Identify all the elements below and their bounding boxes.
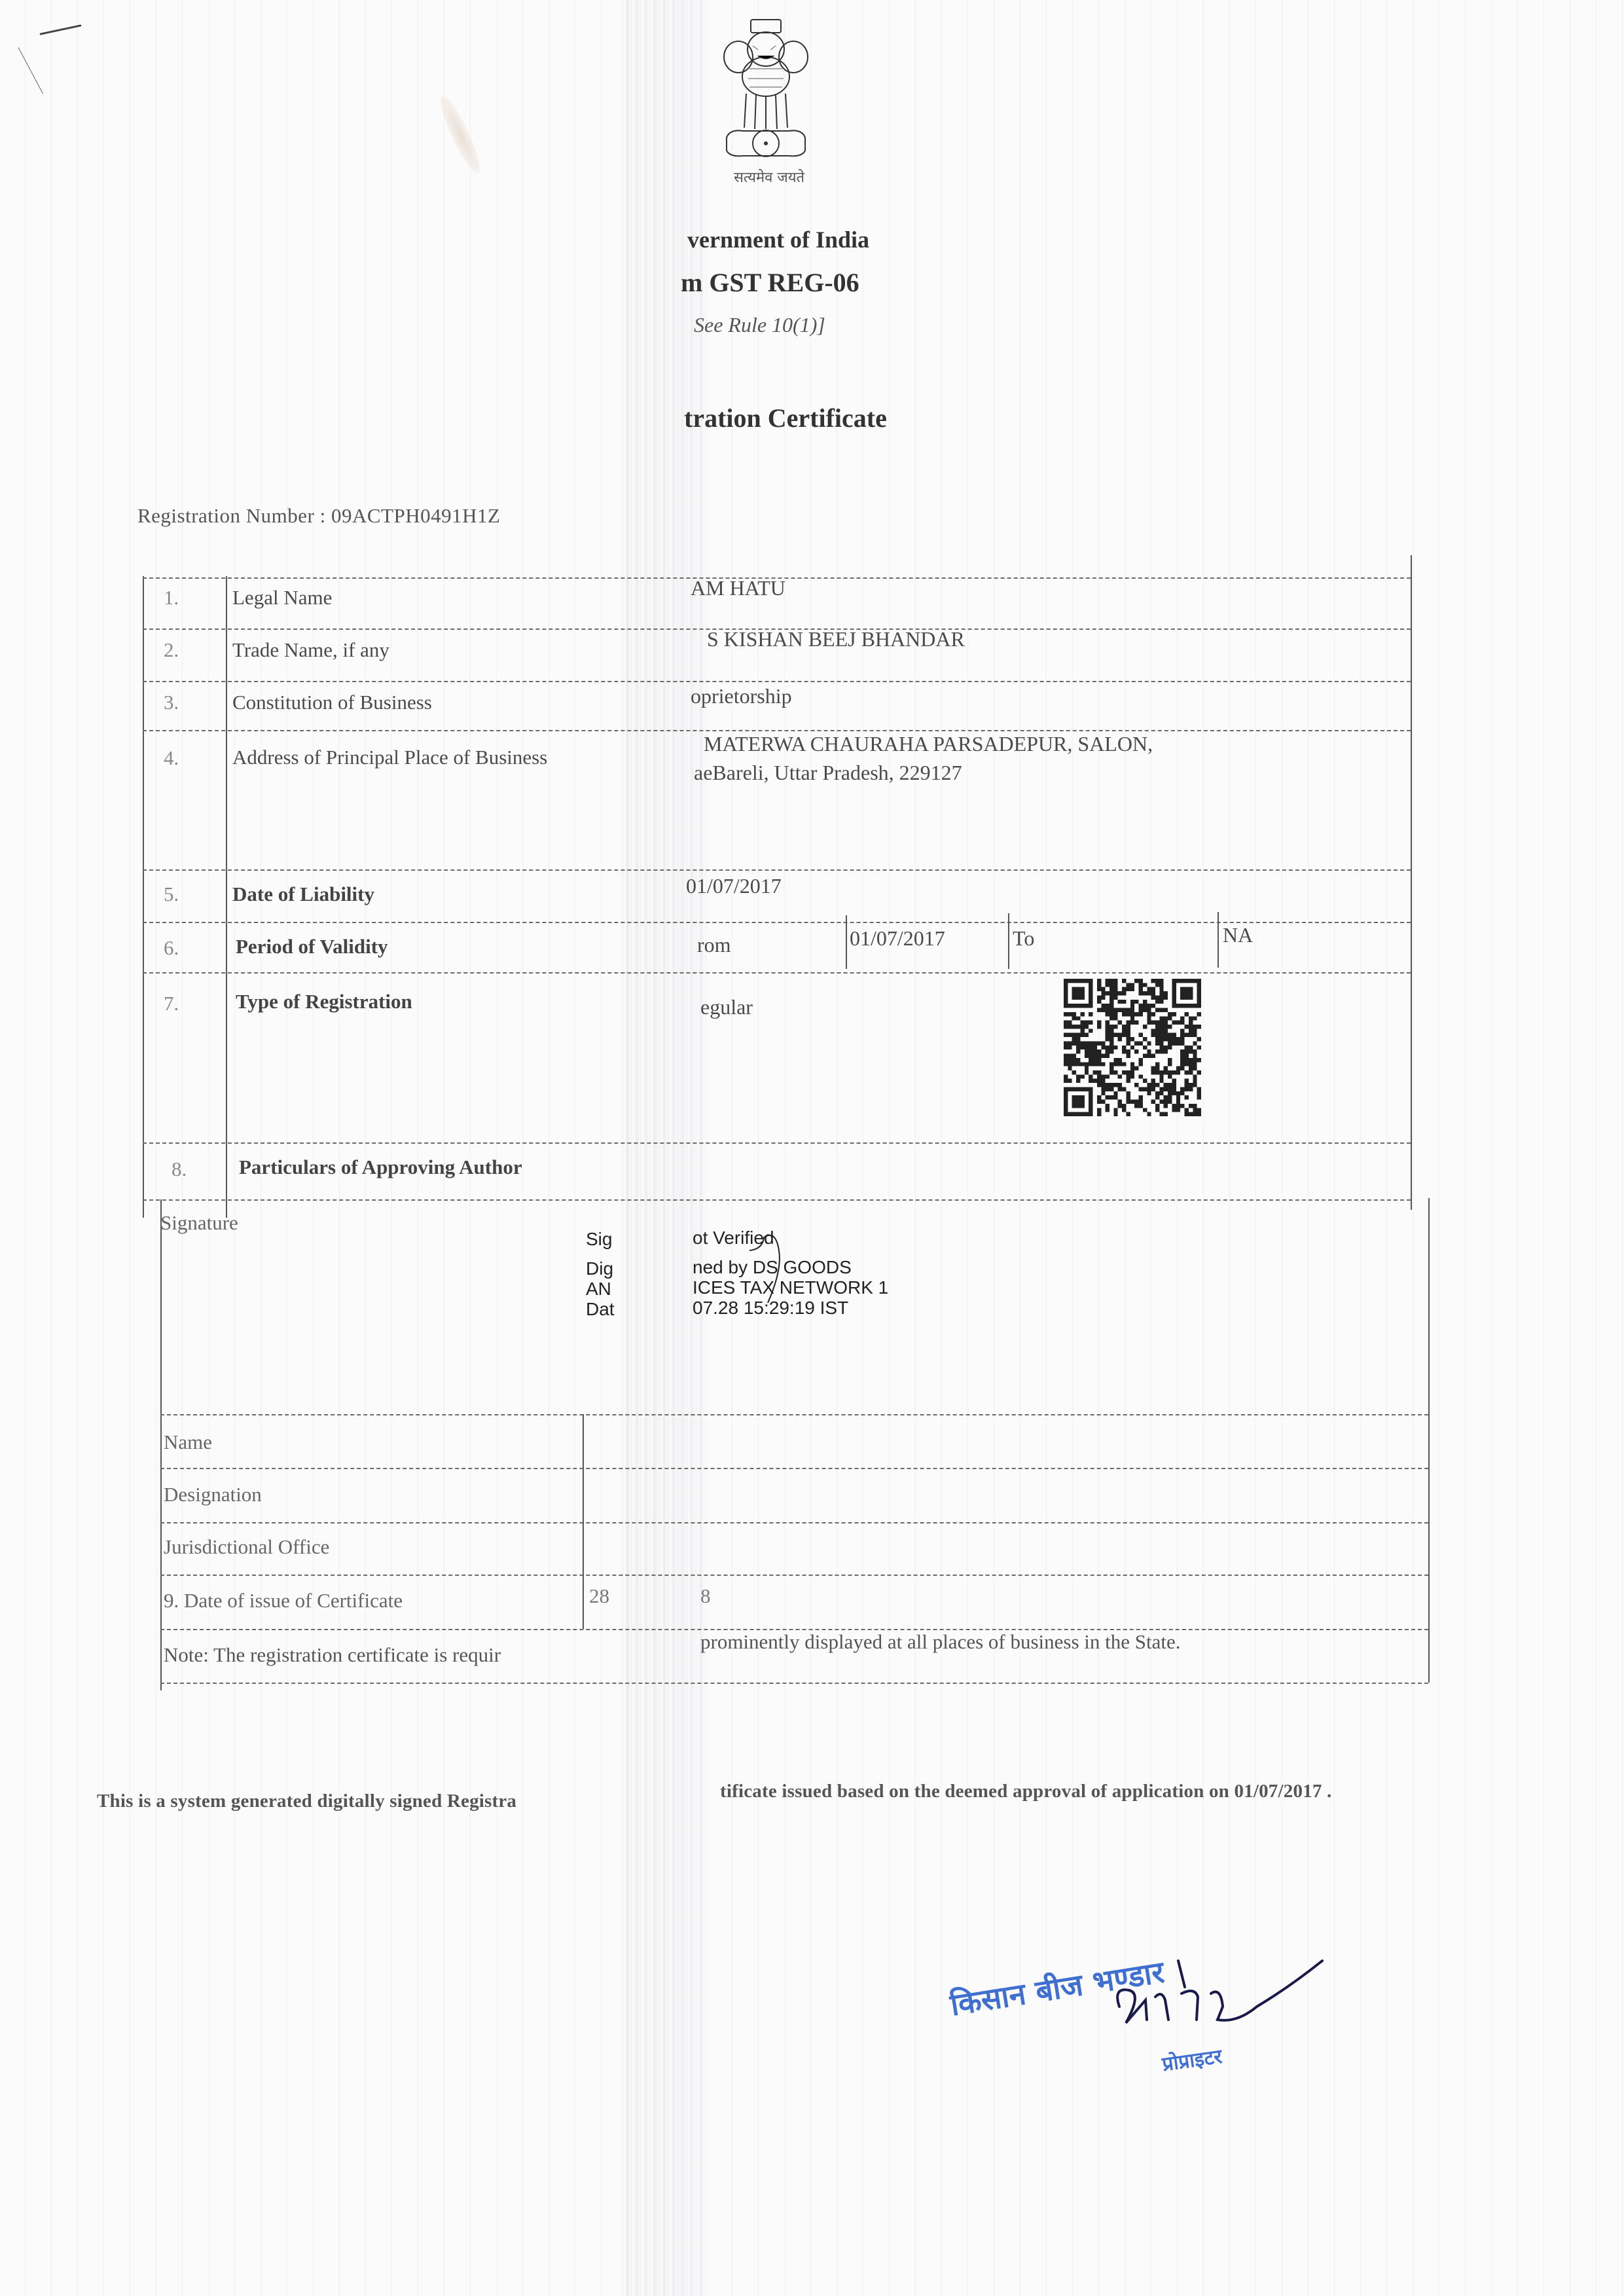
note-left: Note: The registration certificate is re… xyxy=(164,1643,501,1667)
signature-label: Signature xyxy=(160,1211,238,1235)
jurisdictional-office-label: Jurisdictional Office xyxy=(164,1535,329,1559)
row-divider xyxy=(160,1414,1428,1415)
value-divider xyxy=(583,1414,584,1629)
row-number: 1. xyxy=(164,586,179,610)
validity-divider xyxy=(846,915,847,969)
row-number: 5. xyxy=(164,883,179,906)
row-divider xyxy=(143,1199,1411,1201)
table-divider xyxy=(226,576,227,1218)
period-of-validity-label: Period of Validity xyxy=(236,935,388,958)
trade-name-value: S KISHAN BEEJ BHANDAR xyxy=(707,627,965,651)
form-heading: m GST REG-06 xyxy=(681,267,859,298)
footer-statement-right: tificate issued based on the deemed appr… xyxy=(720,1781,1331,1802)
row-divider xyxy=(143,1142,1411,1144)
designation-label: Designation xyxy=(164,1483,262,1506)
type-of-registration-value: egular xyxy=(700,995,753,1019)
address-value-line1: MATERWA CHAURAHA PARSADEPUR, SALON, xyxy=(704,732,1153,756)
approving-authority-label: Particulars of Approving Author xyxy=(239,1156,522,1179)
row-divider xyxy=(143,972,1411,974)
row-number: 2. xyxy=(164,638,179,662)
row-number: 4. xyxy=(164,746,179,770)
row-divider xyxy=(160,1683,1428,1684)
date-of-liability-label: Date of Liability xyxy=(232,883,374,906)
footer-statement-left: This is a system generated digitally sig… xyxy=(97,1791,516,1812)
issue-date-label: 9. Date of issue of Certificate xyxy=(164,1589,403,1613)
signature-tick-icon xyxy=(743,1231,795,1309)
legal-name-value: AM HATU xyxy=(691,576,785,600)
validity-divider xyxy=(1008,913,1009,969)
rule-reference: See Rule 10(1)] xyxy=(694,313,825,337)
registration-number: Registration Number : 09ACTPH0491H1Z xyxy=(137,504,500,528)
row-number: 7. xyxy=(164,992,179,1015)
certificate-title: tration Certificate xyxy=(684,403,887,433)
row-divider xyxy=(143,681,1411,682)
trade-name-label: Trade Name, if any xyxy=(232,638,389,662)
scan-fold-strip xyxy=(622,0,704,2296)
government-heading: vernment of India xyxy=(687,226,869,253)
issue-date-value-right: 8 xyxy=(700,1584,711,1608)
scan-mark xyxy=(18,47,43,94)
legal-name-label: Legal Name xyxy=(232,586,332,610)
qr-code xyxy=(1064,979,1201,1116)
table-border xyxy=(143,576,144,1218)
name-label: Name xyxy=(164,1430,212,1454)
row-divider xyxy=(143,869,1411,871)
issue-date-value-left: 28 xyxy=(589,1584,609,1608)
scan-streaks xyxy=(0,0,1624,2296)
validity-from-value: 01/07/2017 xyxy=(850,926,945,951)
row-number: 3. xyxy=(164,691,179,714)
digital-signature-left: Sig Dig AN Dat xyxy=(586,1229,615,1319)
note-right: prominently displayed at all places of b… xyxy=(700,1630,1181,1654)
handwritten-signature xyxy=(1106,1948,1342,2033)
validity-to-value: NA xyxy=(1223,923,1253,947)
date-of-liability-value: 01/07/2017 xyxy=(686,874,782,898)
row-divider xyxy=(160,1522,1428,1523)
row-number: 6. xyxy=(164,936,179,960)
table-border xyxy=(1411,555,1412,1210)
constitution-value: oprietorship xyxy=(691,684,792,708)
section-border xyxy=(1428,1198,1430,1683)
stain-mark xyxy=(435,92,486,177)
scan-mark xyxy=(39,24,81,35)
address-value-line2: aeBareli, Uttar Pradesh, 229127 xyxy=(694,761,962,785)
constitution-label: Constitution of Business xyxy=(232,691,432,714)
stamp-subtitle: प्रोप्राइटर xyxy=(1161,2042,1224,2077)
validity-from-label: rom xyxy=(697,933,731,957)
row-number: 8. xyxy=(171,1157,187,1181)
row-divider xyxy=(143,730,1411,731)
validity-to-label: To xyxy=(1013,926,1034,951)
address-label: Address of Principal Place of Business xyxy=(232,743,599,772)
section-border xyxy=(160,1199,162,1690)
national-emblem-icon xyxy=(717,16,815,164)
validity-divider xyxy=(1218,912,1219,968)
type-of-registration-label: Type of Registration xyxy=(236,990,412,1013)
emblem-motto: सत्यमेव जयते xyxy=(723,167,815,187)
row-divider xyxy=(160,1468,1428,1469)
row-divider xyxy=(143,922,1411,923)
row-divider xyxy=(160,1575,1428,1576)
